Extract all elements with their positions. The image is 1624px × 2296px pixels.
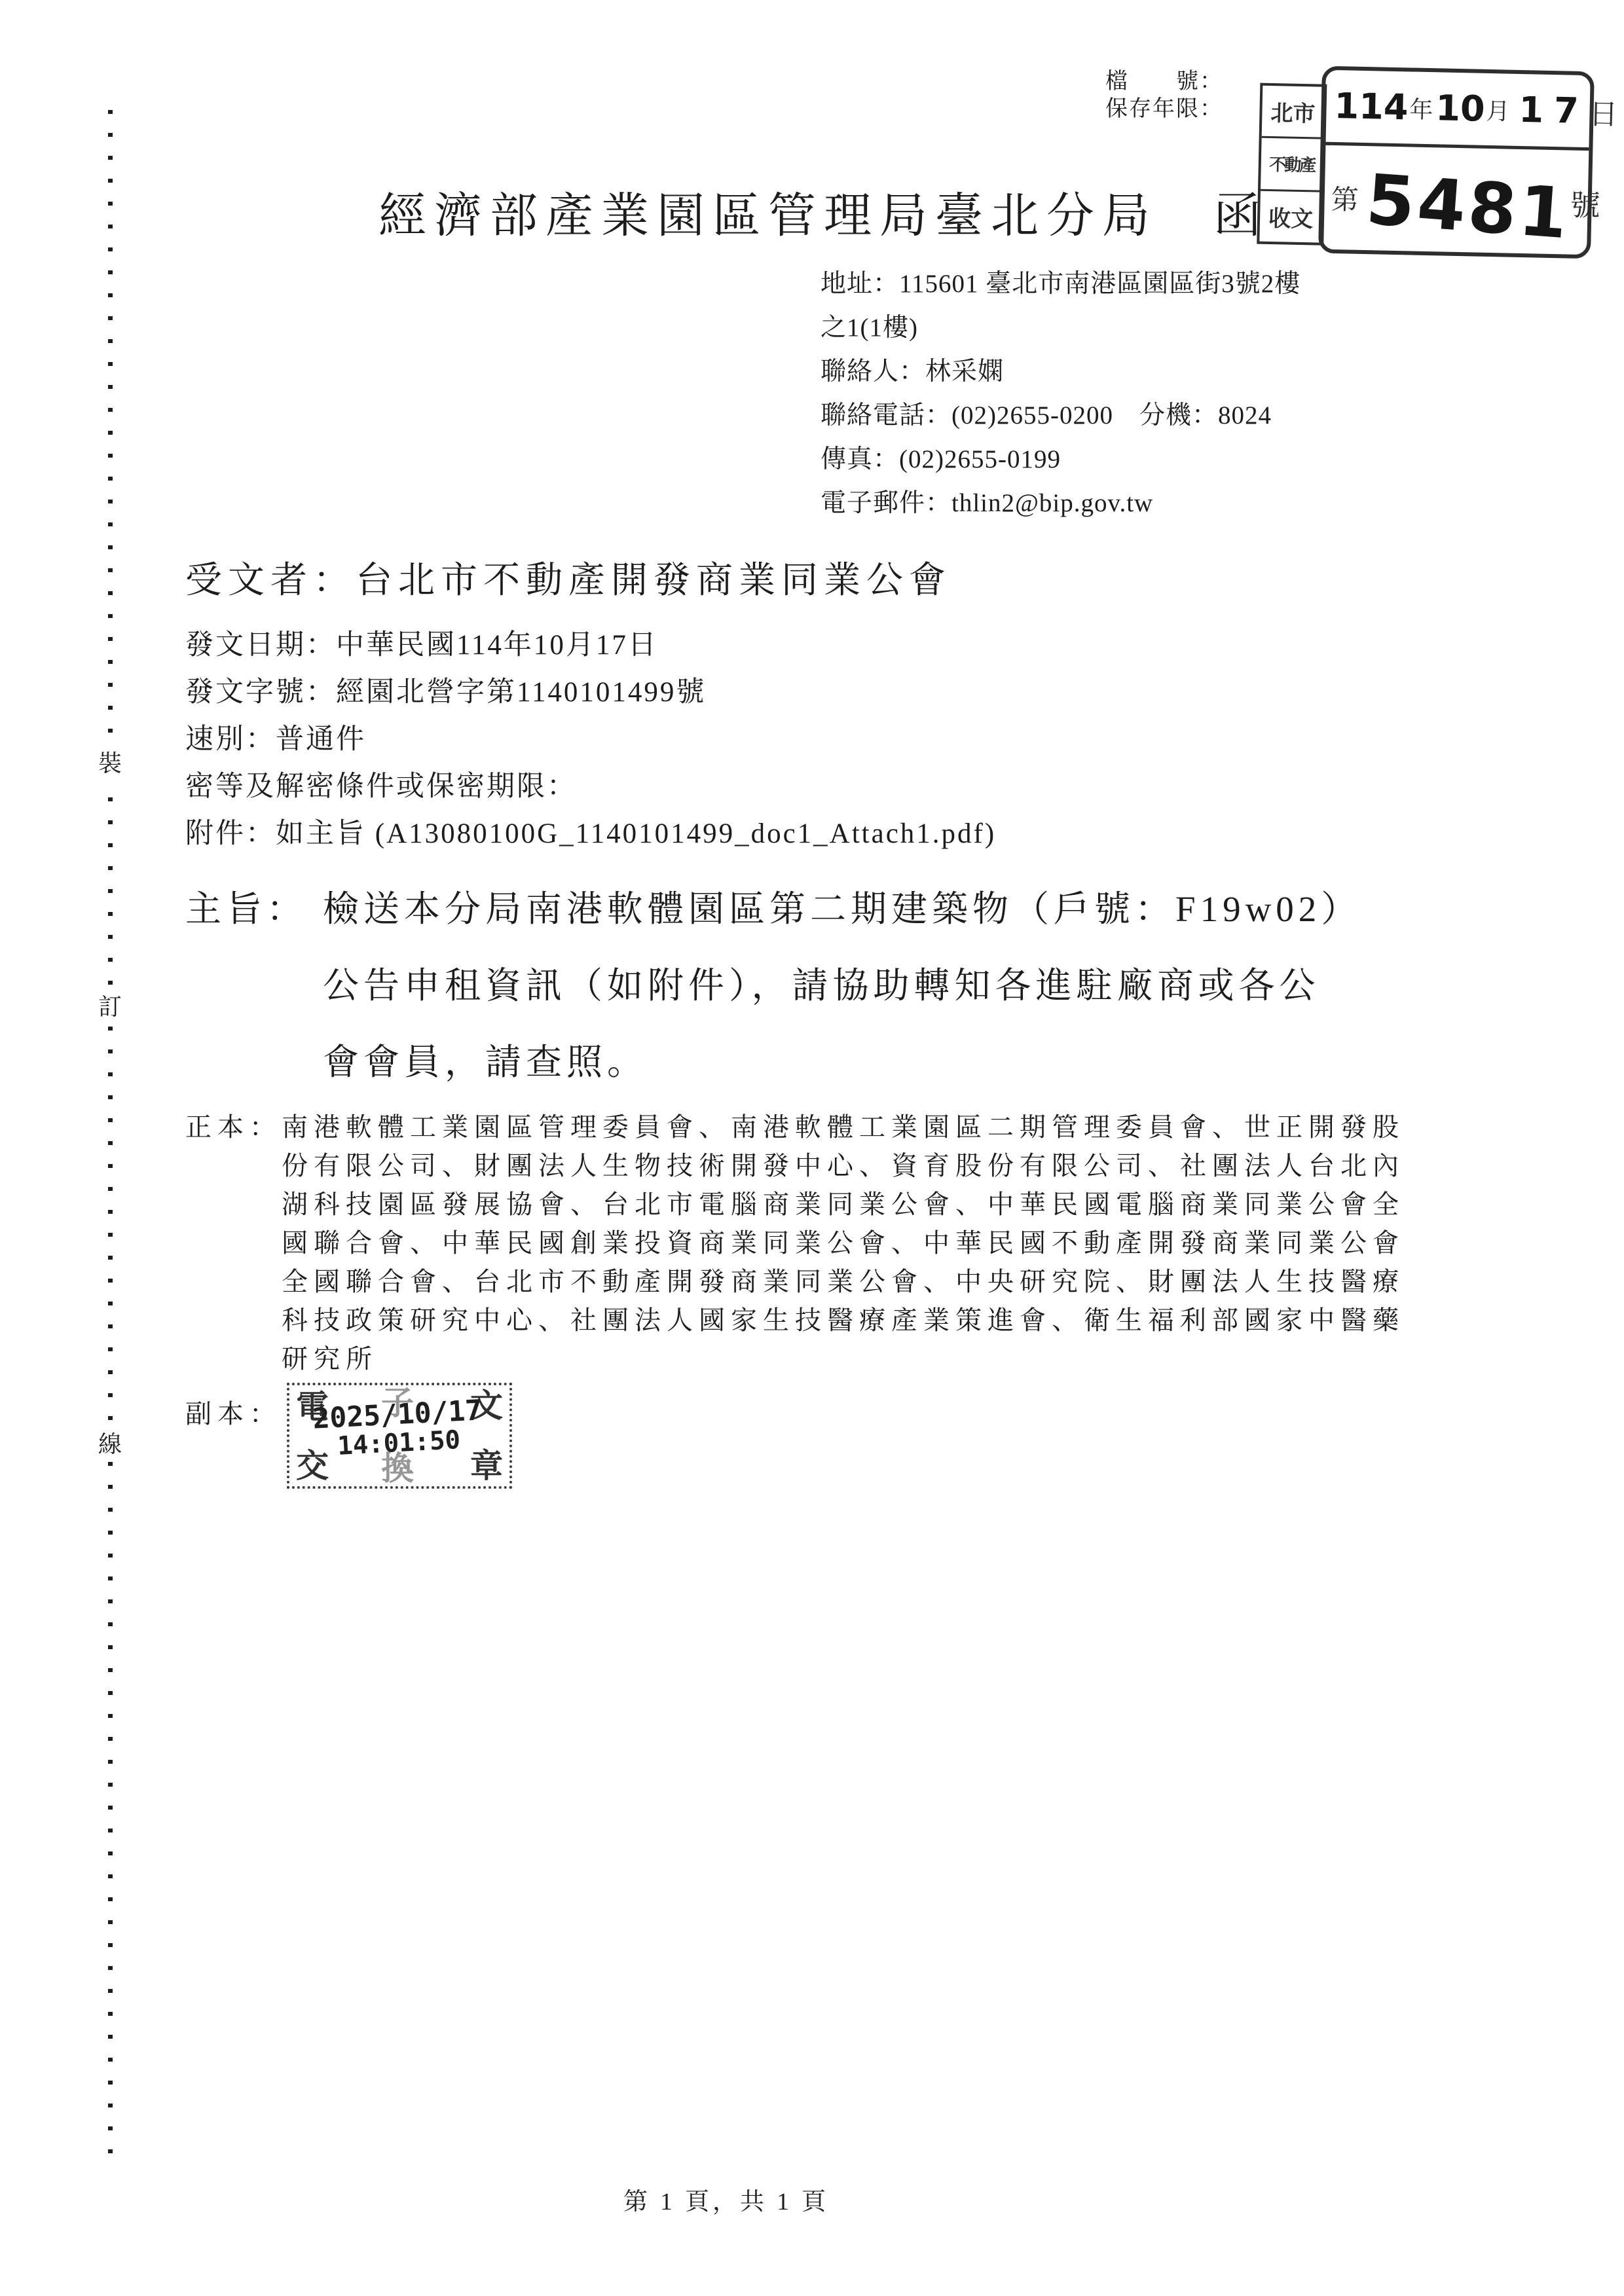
received-stamp-number-prefix: 第	[1331, 177, 1359, 217]
scanned-letter-page: 裝 訂 線 檔 號： 保存年限： 北市 不動產 收文 114 年 10 月 17…	[0, 0, 1624, 2296]
doc-number-line: 發文字號：經園北營字第1140101499號	[185, 669, 996, 716]
subject-line1: 檢送本分局南港軟體園區第二期建築物（戶號：F19w02）	[323, 871, 1361, 947]
received-stamp-date-row: 114 年 10 月 17 日	[1324, 70, 1590, 151]
received-stamp-month-unit: 月	[1486, 92, 1510, 126]
sender-phone: 聯絡電話：(02)2655-0200 分機：8024	[821, 393, 1301, 437]
original-copy-line6: 科技政策研究中心、社團法人國家生技醫療產業策進會、衛生福利部國家中醫藥	[282, 1301, 1405, 1339]
received-stamp-org-line1: 北市	[1262, 86, 1325, 137]
original-copy-line1: 南港軟體工業園區管理委員會、南港軟體工業園區二期管理委員會、世正開發股	[282, 1108, 1405, 1146]
binding-mark-ding: 訂	[94, 990, 126, 1024]
received-stamp-day-unit: 日	[1589, 90, 1618, 133]
binding-mark-zhuang: 裝	[94, 746, 126, 780]
subject-line3: 會會員，請查照。	[323, 1024, 1361, 1101]
received-stamp-org-line2: 不動產	[1261, 136, 1323, 190]
page-number-footer: 第 1 頁，共 1 頁	[623, 2181, 829, 2217]
binding-mark-xian: 線	[94, 1427, 126, 1461]
original-copy-line4: 國聯合會、中華民國創業投資商業同業公會、中華民國不動產開發商業同業公會	[282, 1224, 1405, 1262]
sender-fax: 傳真：(02)2655-0199	[821, 437, 1301, 481]
original-copy-list: 南港軟體工業園區管理委員會、南港軟體工業園區二期管理委員會、世正開發股 份有限公…	[282, 1108, 1405, 1378]
received-stamp-number-row: 第 5481 號	[1322, 145, 1589, 255]
original-copy-line5: 全國聯合會、台北市不動產開發商業同業公會、中央研究院、財團法人生技醫療	[282, 1262, 1405, 1301]
sender-info-block: 地址：115601 臺北市南港區園區街3號2樓 之1(1樓) 聯絡人：林采嫻 聯…	[821, 262, 1301, 525]
issue-date-line: 發文日期：中華民國114年10月17日	[185, 622, 996, 669]
received-stamp-year-unit: 年	[1409, 91, 1433, 125]
recipient-line: 受文者：台北市不動產開發商業同業公會	[185, 551, 951, 604]
sender-email: 電子郵件：thlin2@bip.gov.tw	[821, 481, 1301, 525]
binding-dotted-line	[108, 110, 113, 2172]
sender-contact-person: 聯絡人：林采嫻	[821, 350, 1301, 393]
security-class-line: 密等及解密條件或保密期限：	[185, 763, 996, 811]
document-meta-block: 發文日期：中華民國114年10月17日 發文字號：經園北營字第114010149…	[185, 622, 996, 858]
subject-block: 主旨： 檢送本分局南港軟體園區第二期建築物（戶號：F19w02） 公告申租資訊（…	[185, 871, 1361, 1101]
exchange-stamp-timestamp: 2025/10/17 14:01:50	[305, 1396, 491, 1461]
received-stamp-day: 17	[1519, 92, 1589, 129]
subject-line2: 公告申租資訊（如附件），請協助轉知各進駐廠商或各公	[323, 947, 1361, 1024]
received-stamp: 北市 不動產 收文 114 年 10 月 17 日 第 5481 號	[1257, 56, 1597, 264]
electronic-exchange-stamp: 電 子 文 交 換 章 2025/10/17 14:01:50	[287, 1383, 512, 1489]
original-copy-line3: 湖科技園區發展協會、台北市電腦商業同業公會、中華民國電腦商業同業公會全	[282, 1185, 1405, 1224]
received-stamp-number-suffix: 號	[1570, 181, 1600, 225]
subject-content: 檢送本分局南港軟體園區第二期建築物（戶號：F19w02） 公告申租資訊（如附件）…	[323, 871, 1361, 1101]
letter-title: 經濟部產業園區管理局臺北分局 函	[378, 177, 1269, 246]
sender-address-line2: 之1(1樓)	[821, 306, 1301, 350]
subject-label: 主旨：	[185, 871, 323, 1101]
original-copy-line7: 研究所	[282, 1339, 1405, 1378]
retention-label: 保存年限：	[1105, 96, 1223, 123]
file-number-block: 檔 號： 保存年限：	[1105, 68, 1223, 123]
received-stamp-year: 114	[1334, 88, 1409, 125]
original-copy-block: 正本： 南港軟體工業園區管理委員會、南港軟體工業園區二期管理委員會、世正開發股 …	[185, 1108, 1405, 1378]
received-stamp-body: 114 年 10 月 17 日 第 5481 號	[1318, 66, 1595, 259]
speed-class-line: 速別：普通件	[185, 716, 996, 763]
received-stamp-number: 5481	[1364, 165, 1572, 249]
received-stamp-month: 10	[1435, 90, 1485, 127]
original-copy-line2: 份有限公司、財團法人生物技術開發中心、資育股份有限公司、社團法人台北內	[282, 1146, 1405, 1185]
attachment-line: 附件：如主旨 (A13080100G_1140101499_doc1_Attac…	[185, 811, 996, 858]
carbon-copy-label: 副本：	[185, 1393, 282, 1430]
exchange-stamp-char-zhang: 章	[470, 1449, 503, 1482]
original-copy-label: 正本：	[185, 1108, 282, 1378]
sender-address-line1: 地址：115601 臺北市南港區園區街3號2樓	[821, 262, 1301, 306]
file-number-label: 檔 號：	[1105, 68, 1223, 96]
